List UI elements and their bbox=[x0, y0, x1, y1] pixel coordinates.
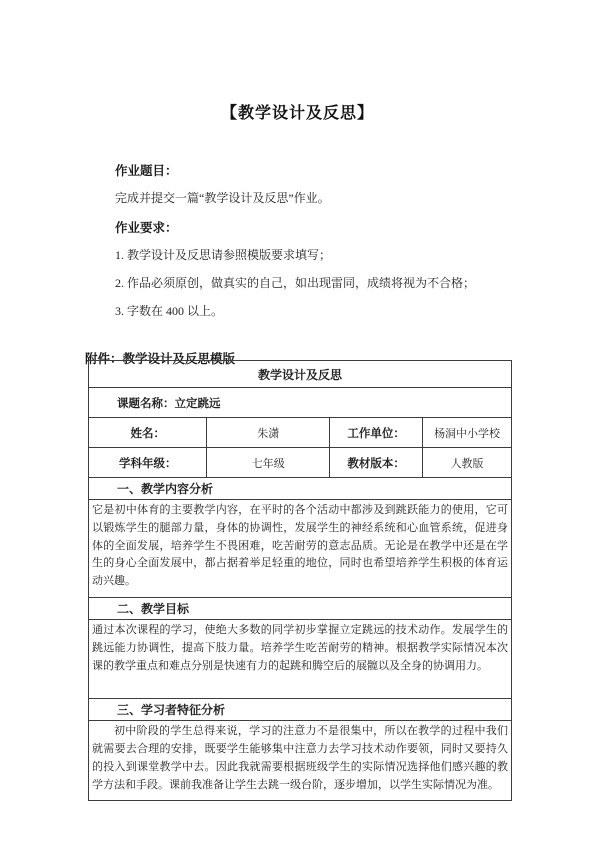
requirement-item: 3. 字数在 400 以上。 bbox=[115, 302, 512, 319]
form-header: 教学设计及反思 bbox=[89, 361, 512, 388]
section-1-heading: 一、教学内容分析 bbox=[89, 478, 512, 500]
requirement-item: 1. 教学设计及反思请参照模版要求填写； bbox=[115, 246, 512, 263]
unit-label: 工作单位： bbox=[330, 418, 423, 448]
section-1-body: 它是初中体育的主要教学内容，在平时的各个活动中都涉及到跳跃能力的使用，它可以锻炼… bbox=[89, 500, 512, 598]
assignment-requirements-label: 作业要求： bbox=[115, 218, 512, 236]
section-heading-row: 三、学习者特征分析 bbox=[89, 699, 512, 721]
textbook-label: 教材版本： bbox=[330, 448, 423, 478]
section-3-body: 初中阶段的学生总得来说，学习的注意力不是很集中，所以在教学的过程中我们就需要去合… bbox=[89, 721, 512, 801]
assignment-topic-label: 作业题目： bbox=[115, 161, 512, 179]
course-value: 立定跳远 bbox=[175, 398, 221, 410]
assignment-section: 作业题目： 完成并提交一篇“教学设计及反思”作业。 作业要求： 1. 教学设计及… bbox=[115, 161, 512, 319]
course-title-row: 课题名称：立定跳远 bbox=[89, 388, 512, 418]
section-heading-row: 一、教学内容分析 bbox=[89, 478, 512, 500]
teaching-design-form: 教学设计及反思 课题名称：立定跳远 姓名： 朱潇 工作单位： 杨洞中小学校 学科… bbox=[88, 360, 512, 801]
textbook-value: 人教版 bbox=[423, 448, 512, 478]
grade-label: 学科年级： bbox=[89, 448, 207, 478]
course-label: 课题名称： bbox=[117, 398, 175, 410]
course-title-cell: 课题名称：立定跳远 bbox=[89, 388, 512, 418]
document-page: 【教学设计及反思】 作业题目： 完成并提交一篇“教学设计及反思”作业。 作业要求… bbox=[0, 0, 595, 842]
section-body-row: 通过本次课程的学习，使绝大多数的同学初步掌握立定跳远的技术动作。发展学生的跳远能… bbox=[89, 620, 512, 699]
grade-textbook-row: 学科年级： 七年级 教材版本： 人教版 bbox=[89, 448, 512, 478]
section-heading-row: 二、教学目标 bbox=[89, 598, 512, 620]
section-2-heading: 二、教学目标 bbox=[89, 598, 512, 620]
section-body-row: 初中阶段的学生总得来说，学习的注意力不是很集中，所以在教学的过程中我们就需要去合… bbox=[89, 721, 512, 801]
table-header-row: 教学设计及反思 bbox=[89, 361, 512, 388]
section-3-heading: 三、学习者特征分析 bbox=[89, 699, 512, 721]
grade-value: 七年级 bbox=[207, 448, 330, 478]
name-label: 姓名： bbox=[89, 418, 207, 448]
name-value: 朱潇 bbox=[207, 418, 330, 448]
requirement-item: 2. 作品必须原创，做真实的自己，如出现雷同，成绩将视为不合格； bbox=[115, 274, 512, 291]
name-unit-row: 姓名： 朱潇 工作单位： 杨洞中小学校 bbox=[89, 418, 512, 448]
document-title: 【教学设计及反思】 bbox=[0, 0, 595, 123]
assignment-topic-text: 完成并提交一篇“教学设计及反思”作业。 bbox=[115, 189, 512, 206]
unit-value: 杨洞中小学校 bbox=[423, 418, 512, 448]
section-body-row: 它是初中体育的主要教学内容，在平时的各个活动中都涉及到跳跃能力的使用，它可以锻炼… bbox=[89, 500, 512, 598]
section-2-body: 通过本次课程的学习，使绝大多数的同学初步掌握立定跳远的技术动作。发展学生的跳远能… bbox=[89, 620, 512, 699]
